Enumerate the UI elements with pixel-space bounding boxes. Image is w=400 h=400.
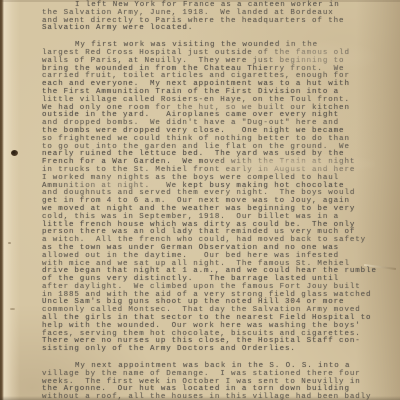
paper-speck [8, 242, 11, 244]
text-line: weeks. The first week in October I was s… [42, 379, 378, 387]
text-line: sisting only of the Army Doctors and Ord… [42, 346, 378, 354]
text-line: to go out into the garden and lie flat o… [42, 144, 378, 152]
text-line: and dropped bombs. We didn't have a "Dug… [42, 120, 378, 128]
text-line: with mice and we sat up all night. The f… [42, 261, 378, 269]
hole-punch-dot [11, 150, 18, 156]
text-line: get in from 4 to 6 a.m. Our next move wa… [42, 198, 378, 206]
text-line: I worked many nights as the boys were co… [42, 175, 378, 183]
paragraph-3: My next appointment was back in the S. O… [42, 363, 378, 400]
text-line: Salvation Army were located. [42, 25, 378, 33]
text-line: a witch. All the french who could, had m… [42, 237, 378, 245]
text-line: without a roof, all the houses in this v… [42, 394, 378, 400]
text-line: cold, this was in September, 1918. Our b… [42, 214, 378, 222]
paragraph-1: I left New York for France as a canteen … [42, 2, 378, 33]
text-line: walls of Paris, at Neuilly. They were ju… [42, 58, 378, 66]
text-line: We had only one room for the hut, so we … [42, 105, 378, 113]
text-line: faces, serving them hot chocolate, biscu… [42, 331, 378, 339]
text-line: carried fruit, toilet articles and cigar… [42, 73, 378, 81]
document-text: I left New York for France as a canteen … [42, 2, 378, 400]
text-line: and went directly to Paris where the hea… [42, 18, 378, 26]
paragraph-2: My first work was visiting the wounded i… [42, 42, 378, 354]
paper-speck [10, 308, 15, 310]
text-line: commonly called Montsec. That day the Sa… [42, 307, 378, 315]
text-line: in 1885 and with the aid of a very stron… [42, 292, 378, 300]
document-page: I left New York for France as a canteen … [0, 0, 400, 400]
